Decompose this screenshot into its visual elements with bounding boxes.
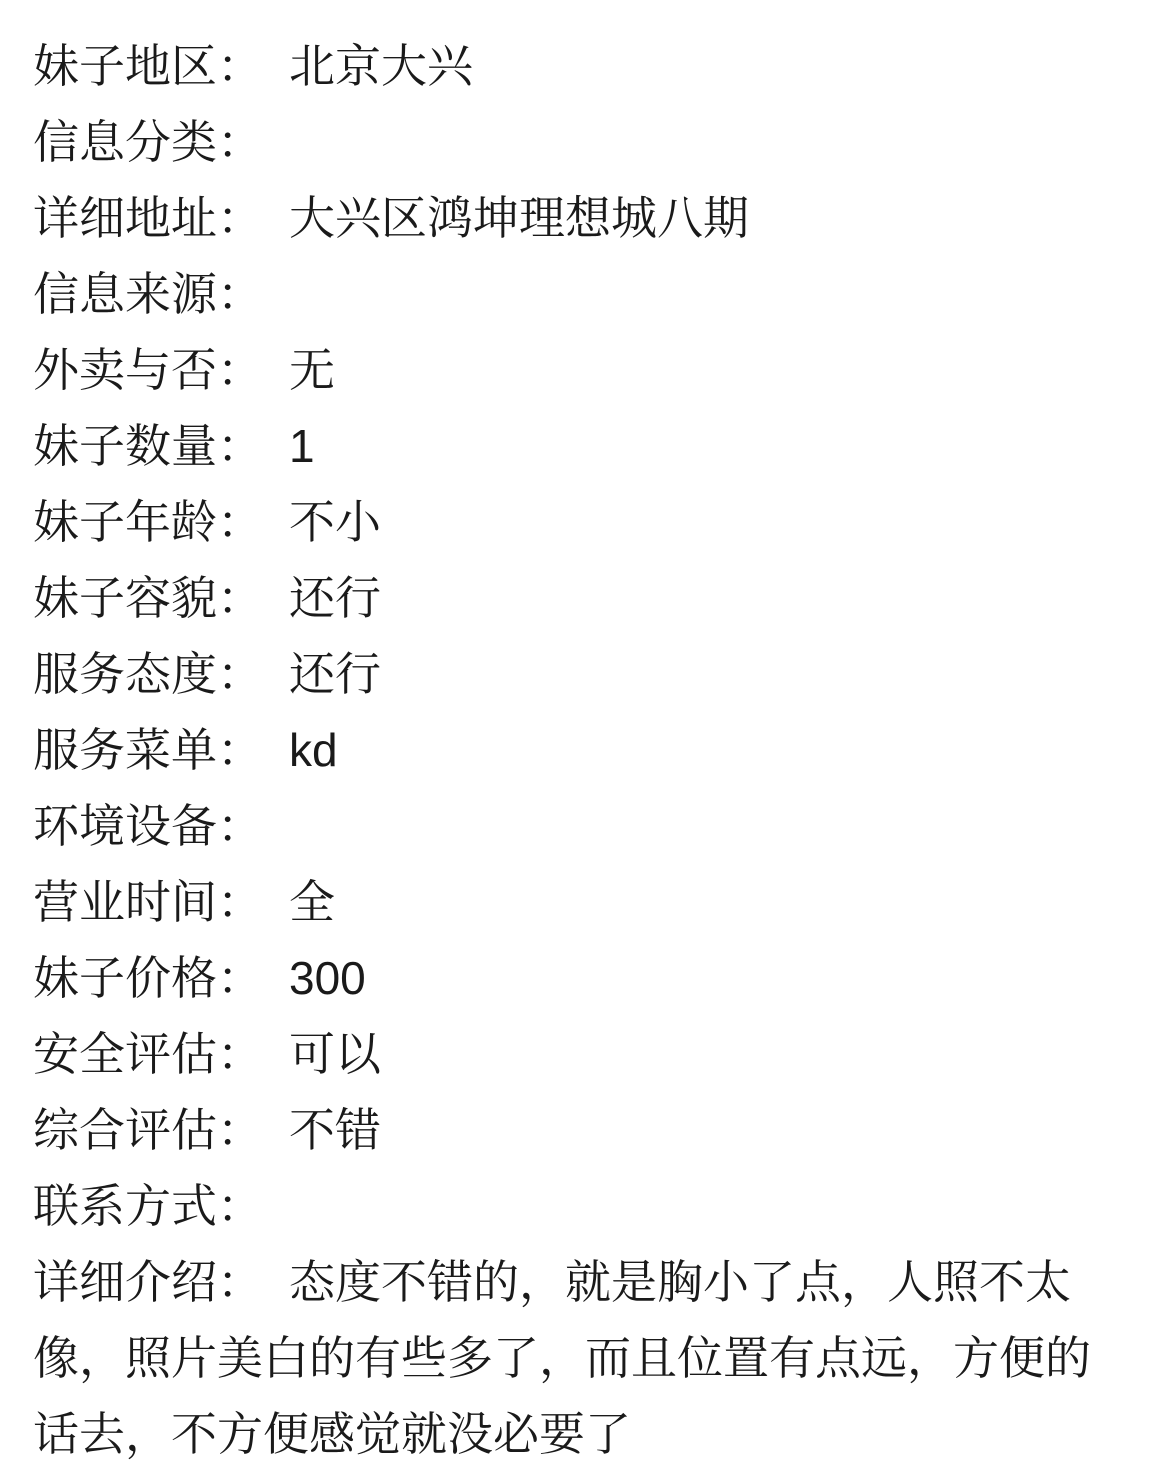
row-overall: 综合评估：不错 — [33, 1092, 1134, 1168]
row-price: 妹子价格：300 — [33, 940, 1134, 1016]
row-delivery: 外卖与否：无 — [33, 332, 1134, 408]
row-intro: 详细介绍：态度不错的，就是胸小了点，人照不太像，照片美白的有些多了，而且位置有点… — [33, 1244, 1134, 1472]
row-age: 妹子年龄：不小 — [33, 484, 1134, 560]
row-contact: 联系方式： — [33, 1168, 1134, 1244]
field-value: 北京大兴 — [289, 40, 473, 92]
row-area: 妹子地区：北京大兴 — [33, 28, 1134, 104]
field-label: 联系方式： — [33, 1180, 263, 1232]
field-label: 综合评估： — [33, 1104, 263, 1156]
field-label: 详细地址： — [33, 192, 263, 244]
field-label: 妹子价格： — [33, 952, 263, 1004]
field-label: 妹子地区： — [33, 40, 263, 92]
row-safety: 安全评估：可以 — [33, 1016, 1134, 1092]
field-value: 300 — [289, 952, 366, 1004]
field-label: 安全评估： — [33, 1028, 263, 1080]
field-label: 妹子数量： — [33, 420, 263, 472]
field-label: 妹子容貌： — [33, 572, 263, 624]
field-value: 不错 — [289, 1104, 381, 1156]
field-value: 全 — [289, 876, 335, 928]
field-value: 无 — [289, 344, 335, 396]
row-service-attitude: 服务态度：还行 — [33, 636, 1134, 712]
row-looks: 妹子容貌：还行 — [33, 560, 1134, 636]
field-value: 可以 — [289, 1028, 381, 1080]
field-label: 妹子年龄： — [33, 496, 263, 548]
field-value: 大兴区鸿坤理想城八期 — [289, 192, 749, 244]
field-value: 还行 — [289, 572, 381, 624]
field-value: 不小 — [289, 496, 381, 548]
row-source: 信息来源： — [33, 256, 1134, 332]
field-value: 1 — [289, 420, 315, 472]
row-service-menu: 服务菜单：kd — [33, 712, 1134, 788]
field-label: 外卖与否： — [33, 344, 263, 396]
field-value: 还行 — [289, 648, 381, 700]
row-business-hours: 营业时间：全 — [33, 864, 1134, 940]
row-category: 信息分类： — [33, 104, 1134, 180]
row-address: 详细地址：大兴区鸿坤理想城八期 — [33, 180, 1134, 256]
listing-detail-page: 妹子地区：北京大兴 信息分类： 详细地址：大兴区鸿坤理想城八期 信息来源： 外卖… — [0, 0, 1170, 1472]
row-quantity: 妹子数量：1 — [33, 408, 1134, 484]
row-environment: 环境设备： — [33, 788, 1134, 864]
field-label: 服务菜单： — [33, 724, 263, 776]
field-label: 营业时间： — [33, 876, 263, 928]
field-value: kd — [289, 724, 338, 776]
field-label: 详细介绍： — [33, 1256, 263, 1308]
field-label: 信息分类： — [33, 116, 263, 168]
field-label: 环境设备： — [33, 800, 263, 852]
field-label: 服务态度： — [33, 648, 263, 700]
field-label: 信息来源： — [33, 268, 263, 320]
